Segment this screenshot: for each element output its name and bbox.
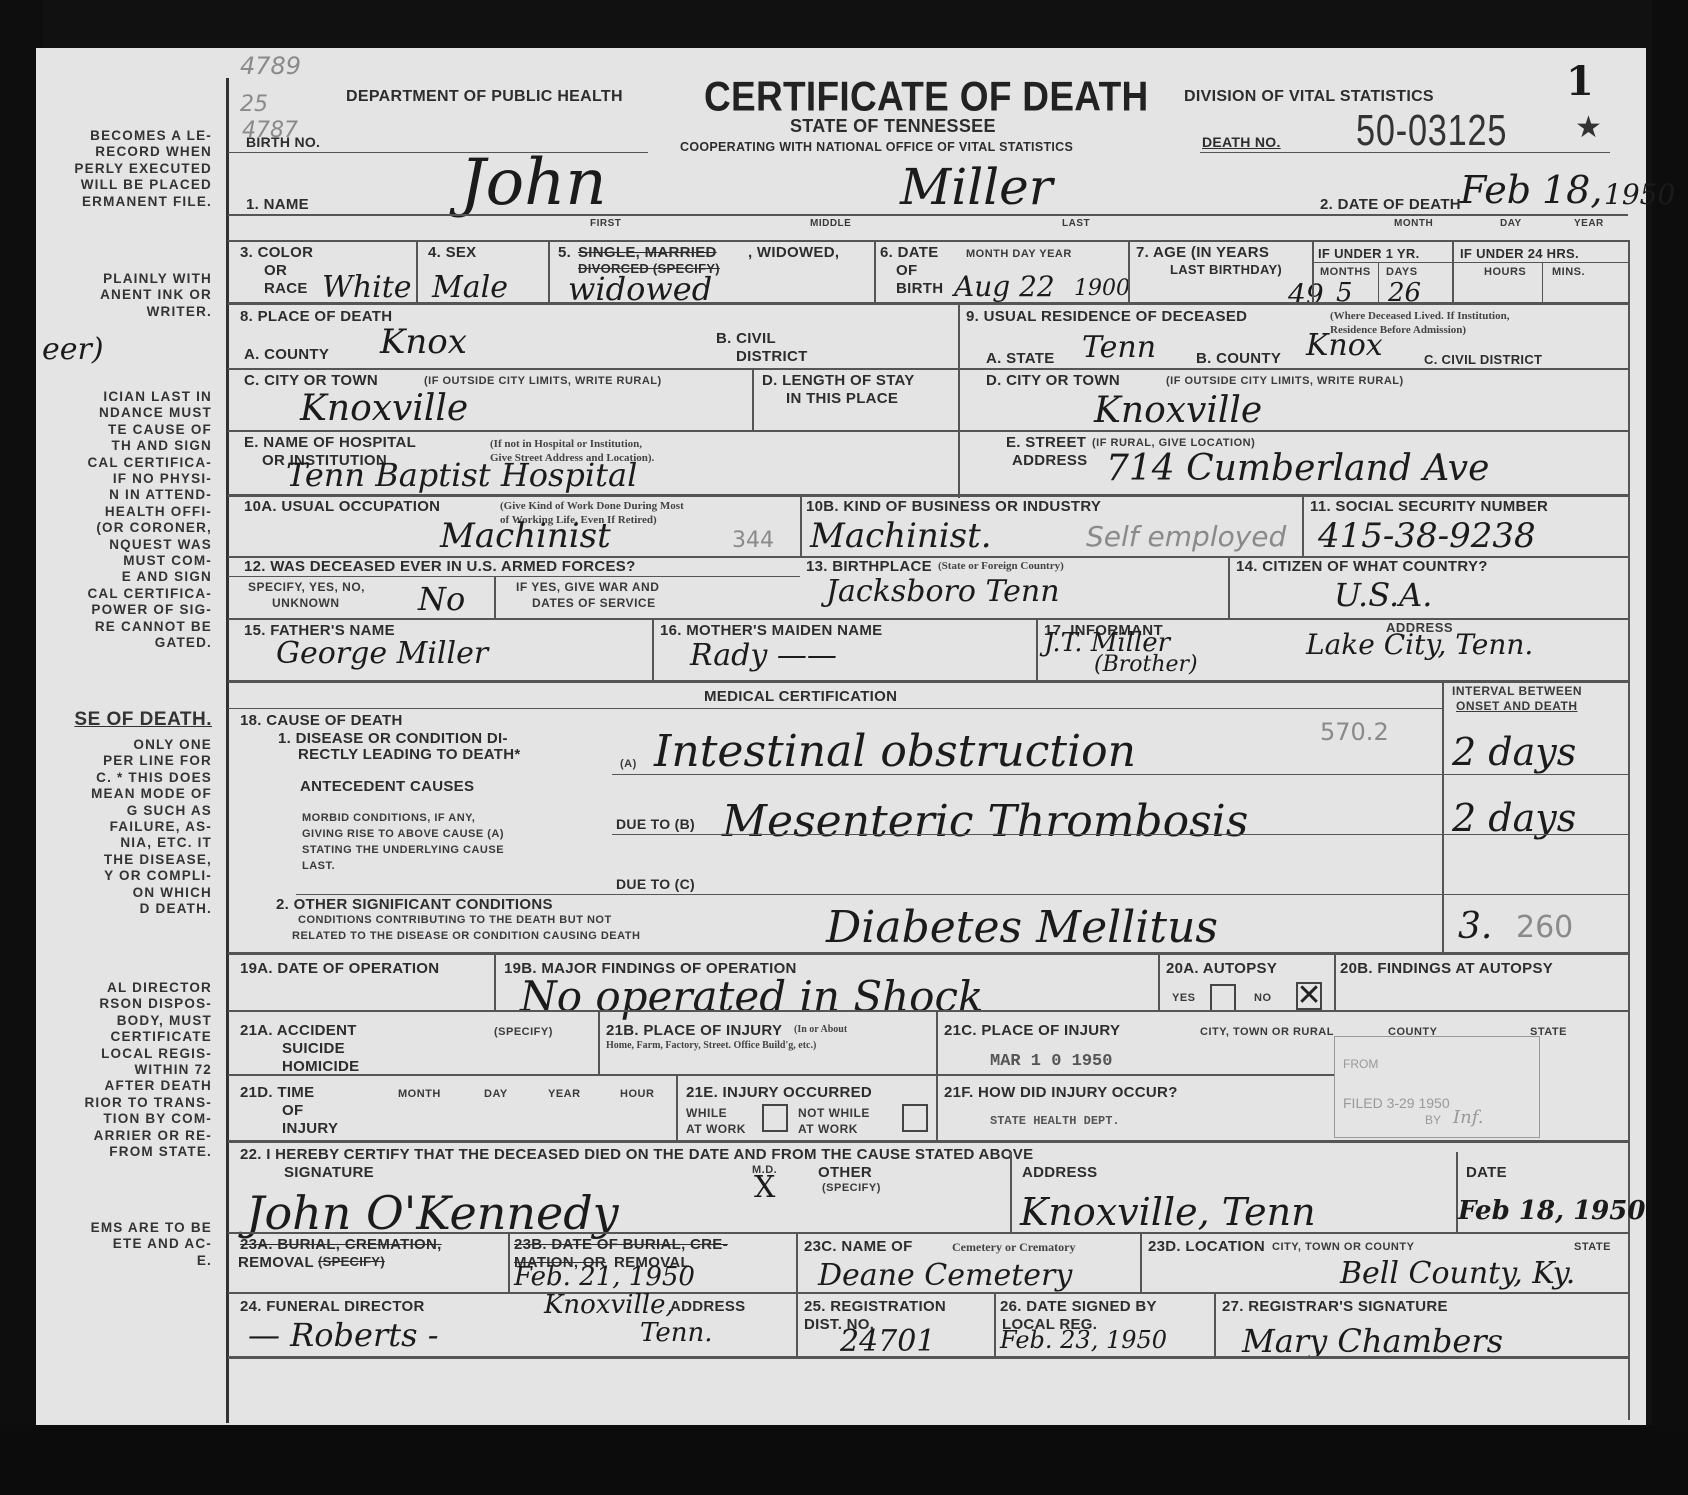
row-line — [228, 680, 1628, 683]
funeral-director-value: — Roberts - — [248, 1316, 439, 1354]
row-line — [228, 708, 1442, 709]
col-line — [1312, 240, 1314, 302]
sub-last: LAST — [1062, 218, 1090, 229]
cert-date-value: Feb 18, 1950 — [1458, 1196, 1645, 1226]
death-month-value: Feb — [1460, 168, 1531, 212]
time-year-label: YEAR — [548, 1088, 581, 1100]
color-label-race: RACE — [264, 280, 308, 297]
col-line — [1010, 1152, 1012, 1232]
birth-no-label: BIRTH NO. — [246, 134, 320, 150]
autopsy-yes-label: YES — [1172, 992, 1196, 1004]
direct-cause-label: 1. DISEASE OR CONDITION DI- — [278, 730, 508, 747]
other-conditions-label-2: CONDITIONS CONTRIBUTING TO THE DEATH BUT… — [298, 914, 612, 926]
corner-mark: 1 — [1566, 58, 1594, 105]
homicide-label: HOMICIDE — [282, 1058, 359, 1075]
col-line — [1542, 262, 1543, 302]
place-of-death-label: 8. PLACE OF DEATH — [240, 308, 392, 325]
funeral-address-label: ADDRESS — [670, 1298, 745, 1315]
page-title: CERTIFICATE OF DEATH — [704, 73, 1149, 120]
sex-value: Male — [432, 270, 508, 305]
col-line — [598, 1010, 600, 1074]
civil-district-label-2: DISTRICT — [736, 348, 808, 365]
row-line — [296, 894, 1628, 895]
ssn-label: 11. SOCIAL SECURITY NUMBER — [1310, 498, 1548, 515]
signature-label: SIGNATURE — [284, 1164, 374, 1181]
injury-city-label: CITY, TOWN OR RURAL — [1200, 1026, 1334, 1038]
funeral-director-label: 24. FUNERAL DIRECTOR — [240, 1298, 425, 1315]
age-label: 7. AGE (IN YEARS — [1136, 244, 1269, 261]
col-line — [1158, 952, 1160, 1010]
city-label: C. CITY OR TOWN — [244, 372, 378, 389]
time-injury-label: 21D. TIME — [240, 1084, 314, 1101]
citizen-value: U.S.A. — [1334, 576, 1432, 614]
other-specify-label: (SPECIFY) — [822, 1182, 881, 1194]
col-line — [1302, 494, 1304, 556]
informant-address-value: Lake City, Tenn. — [1306, 628, 1533, 661]
months-label: MONTHS — [1320, 266, 1371, 278]
interval-label-2: ONSET AND DEATH — [1456, 699, 1578, 713]
business-label: 10B. KIND OF BUSINESS OR INDUSTRY — [806, 498, 1101, 515]
star-icon: ★ — [1575, 110, 1602, 145]
row-line — [612, 834, 1628, 835]
autopsy-no-label: NO — [1254, 992, 1272, 1004]
margin-cause-title: SE OF DEATH. — [42, 712, 212, 728]
cause-a-label: (A) — [620, 758, 637, 770]
col-line — [494, 576, 496, 618]
col-line — [1140, 1232, 1142, 1292]
time-month-label: MONTH — [398, 1088, 441, 1100]
removal-specify-label: (SPECIFY) — [318, 1254, 385, 1269]
cemetery-label: 23C. NAME OF — [804, 1238, 913, 1255]
color-label-or: OR — [264, 262, 287, 279]
col-line — [796, 1292, 798, 1356]
res-city-label: D. CITY OR TOWN — [986, 372, 1120, 389]
filed-stamp-date: FILED 3-29 1950 — [1343, 1095, 1450, 1111]
dob-label-of: OF — [896, 262, 917, 279]
specify-label: SPECIFY, YES, NO, — [248, 580, 365, 594]
stay-label: D. LENGTH OF STAY — [762, 372, 915, 389]
street-value: 714 Cumberland Ave — [1106, 448, 1489, 489]
sub-month: MONTH — [1394, 218, 1433, 229]
citizen-label: 14. CITIZEN OF WHAT COUNTRY? — [1236, 558, 1488, 575]
under24-label: IF UNDER 24 HRS. — [1460, 246, 1579, 261]
armed-forces-label: 12. WAS DECEASED EVER IN U.S. ARMED FORC… — [244, 558, 636, 575]
col-line — [874, 240, 876, 302]
mother-label: 16. MOTHER'S MAIDEN NAME — [660, 622, 882, 639]
antecedent-label: ANTECEDENT CAUSES — [300, 778, 474, 795]
col-line — [1452, 240, 1454, 302]
cause-of-death-label: 18. CAUSE OF DEATH — [240, 712, 403, 729]
cert-address-label: ADDRESS — [1022, 1164, 1097, 1181]
date-of-death-label: 2. DATE OF DEATH — [1320, 196, 1461, 213]
accident-label: 21A. ACCIDENT — [240, 1022, 357, 1039]
injury-occurred-label: 21E. INJURY OCCURRED — [686, 1084, 872, 1101]
injury-place-label: 21B. PLACE OF INJURY — [606, 1022, 782, 1039]
registration-dist-value: 24701 — [840, 1324, 935, 1359]
direct-cause-label-2: RECTLY LEADING TO DEATH* — [298, 746, 521, 763]
street-label: E. STREET — [1006, 434, 1086, 451]
state-name: STATE OF TENNESSEE — [790, 116, 996, 137]
autopsy-findings-label: 20B. FINDINGS AT AUTOPSY — [1340, 960, 1553, 977]
row-line — [228, 1292, 1628, 1294]
row-line — [228, 576, 800, 577]
location-label: 23D. LOCATION — [1148, 1238, 1265, 1255]
county-label: A. COUNTY — [244, 346, 329, 363]
ssn-value: 415-38-9238 — [1318, 516, 1536, 556]
occupation-label: 10A. USUAL OCCUPATION — [244, 498, 440, 515]
col-line — [958, 302, 960, 498]
filed-stamp-initials: Inf. — [1453, 1107, 1483, 1128]
birthplace-note: (State or Foreign Country) — [938, 560, 1064, 572]
injury-place-note: (In or About — [794, 1024, 847, 1035]
stay-label-2: IN THIS PLACE — [786, 390, 898, 407]
row-line — [228, 1140, 1628, 1143]
other-conditions-value: Diabetes Mellitus — [826, 902, 1218, 953]
date-signed-label: 26. DATE SIGNED BY — [1000, 1298, 1157, 1315]
hospital-value: Tenn Baptist Hospital — [286, 456, 637, 494]
row-line — [228, 1232, 1628, 1234]
row-line — [228, 368, 1628, 370]
sub-first: FIRST — [590, 218, 621, 229]
margin-instruction-funeral: AL DIRECTOR RSON DISPOS- BODY, MUST CERT… — [42, 980, 212, 1160]
morbid-label-1: MORBID CONDITIONS, IF ANY, — [302, 812, 475, 824]
col-line — [1036, 618, 1038, 680]
other-interval: 3. — [1458, 906, 1492, 947]
civil-district-label: B. CIVIL — [716, 330, 776, 347]
specify-label: (SPECIFY) — [494, 1026, 553, 1038]
occupation-value: Machinist — [440, 516, 611, 556]
autopsy-yes-checkbox[interactable] — [1210, 984, 1236, 1012]
res-city-value: Knoxville — [1094, 390, 1262, 431]
margin-instruction-items: EMS ARE TO BE ETE AND AC- E. — [42, 1220, 212, 1269]
res-county-label: B. COUNTY — [1196, 350, 1281, 367]
removal-date-value: Feb. 21, 1950 — [514, 1262, 695, 1292]
hospital-label: E. NAME OF HOSPITAL — [244, 434, 416, 451]
morbid-label-4: LAST. — [302, 860, 335, 872]
dob-value: Aug 22 — [954, 270, 1055, 303]
father-value: George Miller — [276, 636, 488, 671]
unknown-label: UNKNOWN — [272, 596, 340, 610]
sub-year: YEAR — [1574, 218, 1604, 229]
interval-label: INTERVAL BETWEEN — [1452, 684, 1582, 698]
row-line — [612, 774, 1628, 775]
col-line — [994, 1292, 996, 1356]
dob-year-value: 1900 — [1074, 276, 1130, 301]
row-line — [228, 494, 1628, 497]
col-line — [416, 240, 418, 302]
col-line — [548, 240, 550, 302]
sub-day: DAY — [1500, 218, 1522, 229]
marital-label-struck: SINGLE, MARRIED — [578, 244, 717, 261]
cert-date-label: DATE — [1466, 1164, 1507, 1181]
row-line — [228, 1074, 1334, 1076]
registrar-signature-value: Mary Chambers — [1242, 1322, 1503, 1360]
injury-location-label: 21C. PLACE OF INJURY — [944, 1022, 1120, 1039]
cause-b-value: Mesenteric Thrombosis — [722, 796, 1248, 847]
name-last-value: Miller — [900, 158, 1053, 216]
death-year-value: 1950 — [1604, 178, 1675, 211]
date-signed-value: Feb. 23, 1950 — [1000, 1326, 1167, 1354]
funeral-address-value: Knoxville, — [544, 1290, 674, 1320]
under1-label: IF UNDER 1 YR. — [1318, 246, 1419, 261]
autopsy-no-checkbox[interactable]: ✕ — [1296, 982, 1322, 1010]
informant-relation: (Brother) — [1094, 652, 1198, 677]
margin-instruction-record: BECOMES A LE- RECORD WHEN PERLY EXECUTED… — [42, 128, 212, 210]
morbid-label-2: GIVING RISE TO ABOVE CAUSE (A) — [302, 828, 504, 840]
col-line — [676, 1074, 678, 1140]
age-years-value: 49 — [1288, 278, 1324, 311]
business-pencil-note: Self employed — [1086, 520, 1286, 553]
other-code: 260 — [1516, 910, 1573, 945]
res-state-value: Tenn — [1082, 330, 1156, 365]
division-name: DIVISION OF VITAL STATISTICS — [1184, 88, 1434, 106]
city-value: Knoxville — [300, 388, 468, 429]
death-no-label: DEATH NO. — [1202, 134, 1281, 150]
color-value: White — [322, 270, 412, 305]
sub-middle: MIDDLE — [810, 218, 851, 229]
col-line — [1334, 952, 1336, 1010]
time-injury-label-3: INJURY — [282, 1120, 338, 1137]
marital-num: 5. — [558, 244, 571, 261]
location-value: Bell County, Ky. — [1340, 1256, 1575, 1291]
occupation-code: 344 — [732, 528, 774, 553]
col-line — [1228, 556, 1230, 618]
city-note: (IF OUTSIDE CITY LIMITS, WRITE RURAL) — [424, 375, 662, 387]
hospital-note: (If not in Hospital or Institution, — [490, 438, 642, 450]
residence-note: (Where Deceased Lived. If Institution, — [1330, 310, 1509, 322]
col-line — [752, 368, 754, 430]
department-name: DEPARTMENT OF PUBLIC HEALTH — [346, 88, 623, 106]
col-line — [1128, 240, 1130, 302]
pencil-number-2: 25 — [240, 92, 268, 117]
morbid-label-3: STATING THE UNDERLYING CAUSE — [302, 844, 504, 856]
margin-handwriting: eer) — [42, 332, 104, 367]
operation-findings-value: No operated in Shock — [520, 972, 983, 1021]
not-while-label: NOT WHILE — [798, 1106, 870, 1120]
filed-stamp-from: FROM — [1343, 1057, 1378, 1071]
col-line — [1378, 262, 1379, 302]
margin-instruction-cause: ONLY ONE PER LINE FOR C. * THIS DOES MEA… — [42, 737, 212, 917]
occupation-note: (Give Kind of Work Done During Most — [500, 500, 684, 512]
col-line — [494, 952, 496, 1010]
cooperating-text: COOPERATING WITH NATIONAL OFFICE OF VITA… — [680, 140, 1073, 154]
dob-label-birth: BIRTH — [896, 280, 943, 297]
war-label-2: DATES OF SERVICE — [532, 596, 656, 610]
name-first-value: John — [460, 146, 607, 220]
time-hour-label: HOUR — [620, 1088, 654, 1100]
received-date-stamp: MAR 1 0 1950 — [990, 1052, 1112, 1071]
sex-label: 4. SEX — [428, 244, 477, 261]
row-line — [1312, 262, 1628, 263]
birthplace-value: Jacksboro Tenn — [826, 574, 1060, 609]
other-conditions-label: 2. OTHER SIGNIFICANT CONDITIONS — [276, 896, 553, 913]
col-line — [508, 1232, 510, 1292]
margin-instruction-physician: ICIAN LAST IN NDANCE MUST TE CAUSE OF TH… — [42, 389, 212, 652]
cause-a-interval: 2 days — [1452, 730, 1576, 774]
form-right-border — [1628, 240, 1630, 1420]
time-injury-label-2: OF — [282, 1102, 303, 1119]
col-line — [1442, 680, 1444, 952]
col-line — [796, 1232, 798, 1292]
death-day-value: 18, — [1542, 168, 1602, 212]
pencil-number-1: 4789 — [240, 52, 301, 80]
injury-place-note-2: Home, Farm, Factory, Street. Office Buil… — [606, 1040, 816, 1051]
location-state-label: STATE — [1574, 1241, 1611, 1253]
business-value: Machinist. — [810, 516, 992, 556]
res-county-value: Knox — [1306, 328, 1383, 363]
marital-label-widowed: , WIDOWED, — [748, 244, 839, 261]
other-conditions-label-3: RELATED TO THE DISEASE OR CONDITION CAUS… — [292, 930, 640, 942]
how-injury-stamp: STATE HEALTH DEPT. — [990, 1114, 1120, 1128]
not-at-work-label: AT WORK — [798, 1122, 858, 1136]
while-at-work-checkbox[interactable] — [762, 1104, 788, 1132]
color-label: 3. COLOR — [240, 244, 313, 261]
md-checkmark: X — [754, 1170, 775, 1205]
suicide-label: SUICIDE — [282, 1040, 345, 1057]
scan-border-bottom — [0, 1425, 1688, 1495]
name-label: 1. NAME — [246, 196, 309, 213]
margin-instruction-ink: PLAINLY WITH ANENT INK OR WRITER. — [42, 271, 212, 320]
form-left-border — [226, 78, 229, 1423]
hours-label: HOURS — [1484, 266, 1526, 278]
other-label: OTHER — [818, 1164, 872, 1181]
days-label: DAYS — [1386, 266, 1418, 278]
autopsy-label: 20A. AUTOPSY — [1166, 960, 1277, 977]
while-label: WHILE — [686, 1106, 727, 1120]
col-line — [800, 494, 802, 556]
res-state-label: A. STATE — [986, 350, 1055, 367]
death-number: 50-03125 — [1356, 106, 1507, 156]
row-line — [228, 1010, 1628, 1012]
at-work-label: AT WORK — [686, 1122, 746, 1136]
not-while-at-work-checkbox[interactable] — [902, 1104, 928, 1132]
medical-section-title: MEDICAL CERTIFICATION — [704, 688, 897, 705]
burial-date-label: 23B. DATE OF BURIAL, CRE- — [514, 1236, 728, 1253]
form-bottom-border — [228, 1356, 1628, 1359]
registrar-signature-label: 27. REGISTRAR'S SIGNATURE — [1222, 1298, 1448, 1315]
cause-a-value: Intestinal obstruction — [654, 726, 1136, 777]
res-civil-label: C. CIVIL DISTRICT — [1424, 352, 1542, 367]
row-line — [228, 952, 1628, 955]
removal-label: REMOVAL — [238, 1254, 314, 1271]
registration-dist-label: 25. REGISTRATION — [804, 1298, 946, 1315]
cemetery-note: Cemetery or Crematory — [952, 1240, 1076, 1255]
filed-stamp: FROM FILED 3-29 1950 BY Inf. — [1334, 1036, 1540, 1138]
street-label-2: ADDRESS — [1012, 452, 1087, 469]
armed-forces-value: No — [418, 580, 465, 618]
mother-value: Rady —— — [690, 638, 837, 673]
scan-border-right — [1652, 0, 1688, 1495]
certify-statement: 22. I HEREBY CERTIFY THAT THE DECEASED D… — [240, 1146, 1033, 1163]
col-line — [652, 618, 654, 680]
residence-label: 9. USUAL RESIDENCE OF DECEASED — [966, 308, 1247, 325]
time-day-label: DAY — [484, 1088, 508, 1100]
burial-label: 23A. BURIAL, CREMATION, — [240, 1236, 442, 1253]
due-to-c-label: DUE TO (C) — [616, 876, 695, 892]
row-line — [228, 240, 1628, 242]
location-note: CITY, TOWN OR COUNTY — [1272, 1241, 1414, 1253]
dob-label: 6. DATE — [880, 244, 939, 261]
due-to-b-label: DUE TO (B) — [616, 816, 695, 832]
death-no-line — [1200, 152, 1610, 153]
birthplace-label: 13. BIRTHPLACE — [806, 558, 932, 575]
cause-a-code: 570.2 — [1320, 718, 1389, 746]
mins-label: MINS. — [1552, 266, 1585, 278]
filed-stamp-by: BY — [1425, 1113, 1441, 1127]
res-city-note: (IF OUTSIDE CITY LIMITS, WRITE RURAL) — [1166, 375, 1404, 387]
dob-sub: MONTH DAY YEAR — [966, 248, 1072, 260]
county-value: Knox — [380, 322, 467, 362]
col-line — [1214, 1292, 1216, 1356]
how-injury-label: 21F. HOW DID INJURY OCCUR? — [944, 1084, 1178, 1101]
cemetery-value: Deane Cemetery — [818, 1258, 1072, 1293]
row-line — [228, 214, 1628, 216]
row-line — [228, 430, 1628, 432]
funeral-address-value-2: Tenn. — [640, 1318, 712, 1348]
operation-date-label: 19A. DATE OF OPERATION — [240, 960, 439, 977]
row-line — [228, 302, 1628, 305]
age-label-2: LAST BIRTHDAY) — [1170, 262, 1282, 277]
war-label: IF YES, GIVE WAR AND — [516, 580, 659, 594]
cert-address-value: Knoxville, Tenn — [1020, 1190, 1316, 1234]
